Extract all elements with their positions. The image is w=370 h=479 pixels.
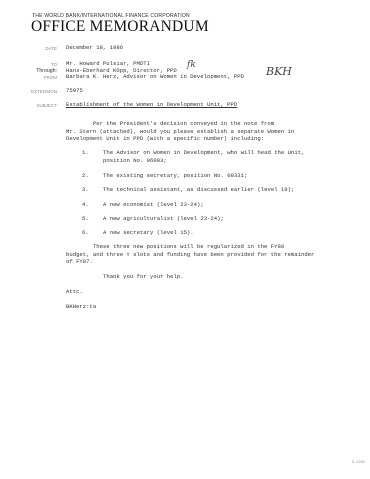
typist-initials: BKHerz:ta — [66, 303, 96, 310]
subject-label: SUBJECT — [21, 103, 57, 108]
list-item: The Advisor on Women in Development, who… — [103, 149, 304, 164]
memo-title: OFFICE MEMORANDUM — [31, 18, 209, 36]
attachment-note: Attc. — [66, 288, 83, 295]
list-item: A new agriculturalist (level 23-24); — [103, 215, 224, 223]
item-number: 4. — [82, 201, 89, 208]
subject-value: Establishment of the Women in Developmen… — [66, 101, 237, 108]
from-label: FROM — [21, 75, 57, 80]
item-number: 1. — [82, 149, 89, 156]
to-label: TO — [21, 62, 57, 67]
item-number: 6. — [82, 229, 89, 236]
list-item: The technical assistant, as discussed ea… — [103, 186, 294, 194]
item-number: 3. — [82, 186, 89, 193]
extension-label: EXTENSION — [21, 89, 57, 94]
list-item: A new economist (level 23-24); — [103, 201, 204, 209]
to-value: Mr. Howard Pulsiar, PMDTI — [66, 60, 150, 67]
footer-mark: 8-1986 — [352, 461, 365, 465]
through-handwritten-initial: fk — [187, 60, 196, 70]
list-item: A new secretary (level 15). — [103, 229, 194, 237]
from-handwritten-initials: BKH — [266, 65, 292, 78]
list-item: The existing secretary, position No. 093… — [103, 172, 247, 180]
through-label: Through: — [21, 68, 57, 74]
date-label: DATE — [21, 46, 57, 51]
date-value: December 18, 1986 — [66, 44, 123, 51]
intro-paragraph: Per the President's decision conveyed in… — [66, 120, 294, 143]
extension-value: 75975 — [66, 87, 83, 94]
closing-paragraph: These three new positions will be regula… — [66, 243, 314, 266]
from-value: Barbara K. Herz, Advisor on Women in Dev… — [66, 73, 244, 80]
item-number: 2. — [82, 172, 89, 179]
item-number: 5. — [82, 215, 89, 222]
thanks-line: Thank you for your help. — [103, 273, 184, 280]
memo-page: THE WORLD BANK/INTERNATIONAL FINANCE COR… — [0, 0, 370, 479]
